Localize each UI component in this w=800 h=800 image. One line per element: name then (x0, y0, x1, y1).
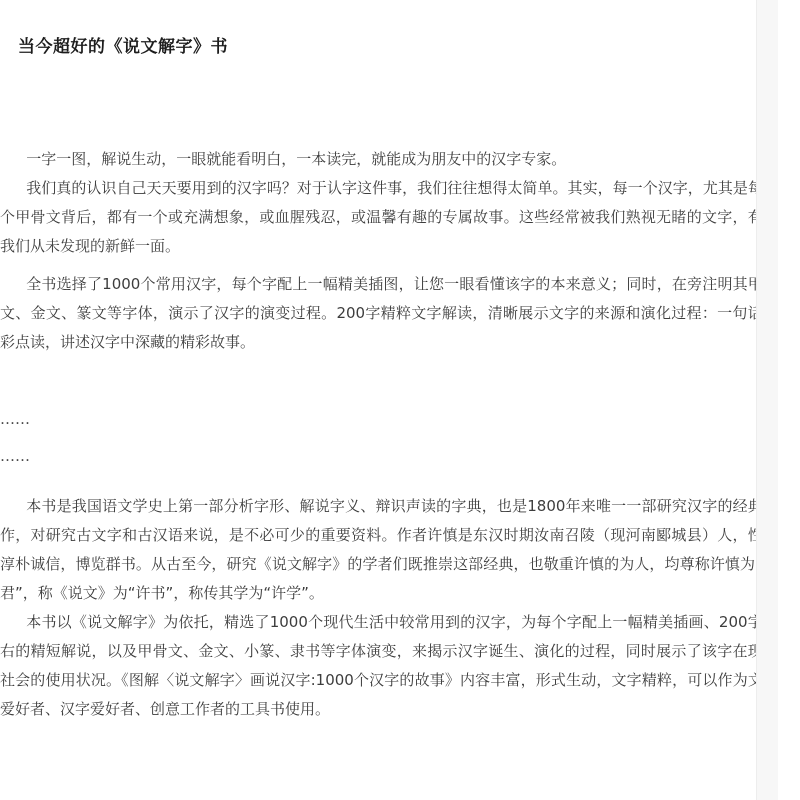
paragraph-features: 全书选择了1000个常用汉字，每个字配上一幅精美插图，让您一眼看懂该字的本来意义… (0, 270, 778, 357)
paragraph-about-book: 本书以《说文解字》为依托，精选了1000个现代生活中较常用到的汉字，为每个字配上… (0, 608, 778, 724)
paragraph-intro-1: 一字一图，解说生动，一眼就能看明白，一本读完，就能成为朋友中的汉字专家。 (0, 145, 778, 174)
paragraph-intro-2: 我们真的认识自己天天要用到的汉字吗？对于认字这件事，我们往往想得太简单。其实，每… (0, 174, 778, 261)
features-section: 全书选择了1000个常用汉字，每个字配上一幅精美插图，让您一眼看懂该字的本来意义… (0, 270, 778, 357)
page-title: 当今超好的《说文解字》书 (0, 0, 778, 58)
ellipsis-section: …… …… (0, 405, 778, 471)
intro-section: 一字一图，解说生动，一眼就能看明白，一本读完，就能成为朋友中的汉字专家。 我们真… (0, 145, 778, 261)
about-section: 本书是我国语文学史上第一部分析字形、解说字义、辩识声读的字典，也是1800年来唯… (0, 492, 778, 724)
document-page: 当今超好的《说文解字》书 一字一图，解说生动，一眼就能看明白，一本读完，就能成为… (0, 0, 778, 800)
page-edge-strip (756, 0, 778, 800)
paragraph-about-history: 本书是我国语文学史上第一部分析字形、解说字义、辩识声读的字典，也是1800年来唯… (0, 492, 778, 608)
ellipsis-line-2: …… (0, 442, 778, 471)
ellipsis-line-1: …… (0, 405, 778, 434)
